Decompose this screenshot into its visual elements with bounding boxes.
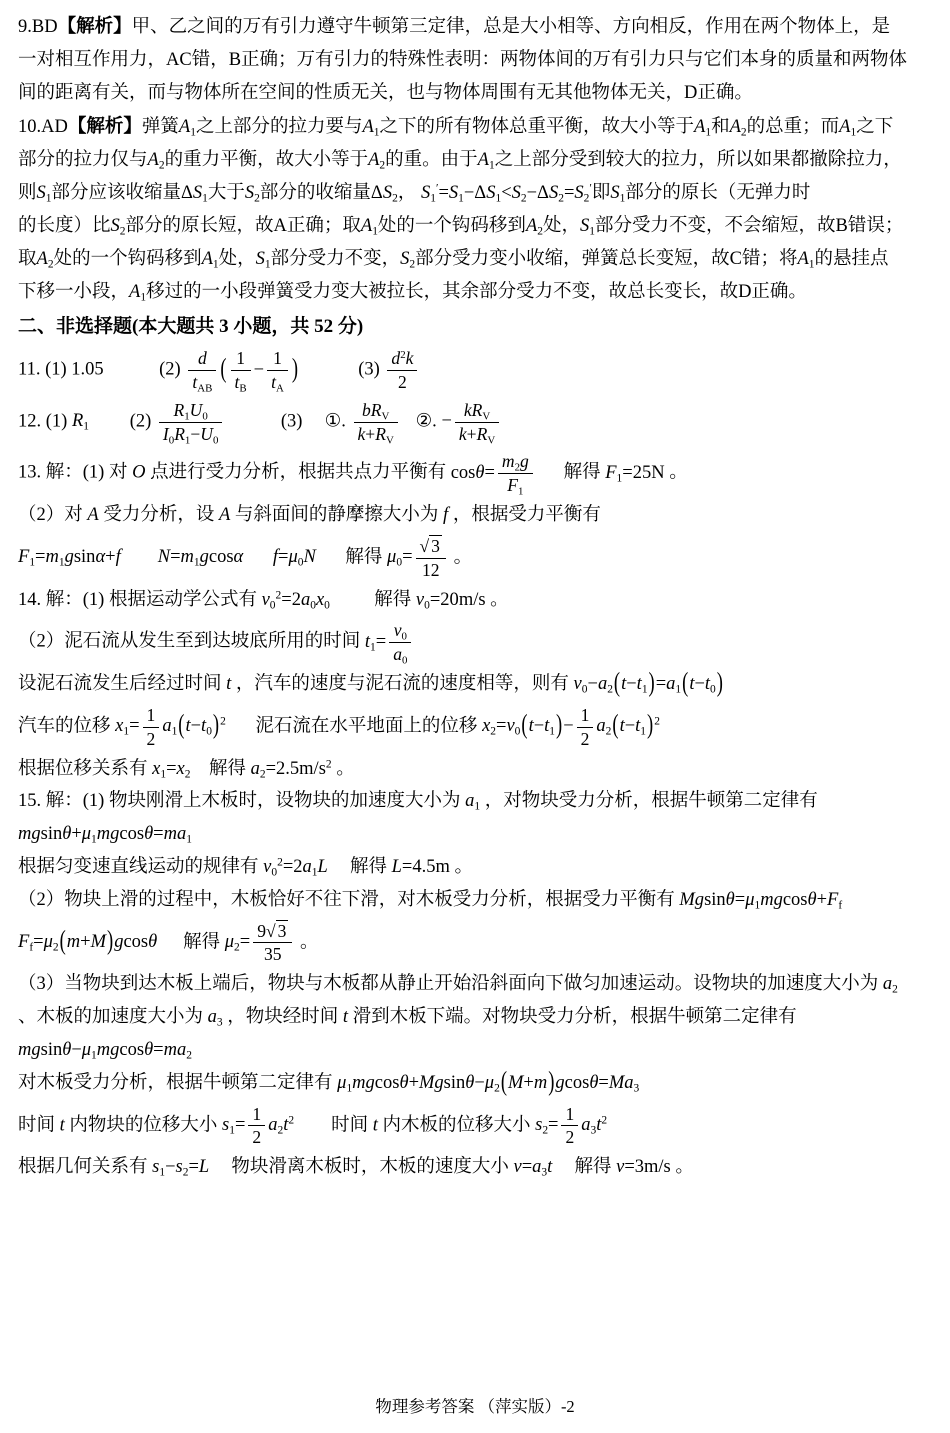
doc-line: 根据位移关系有 x1=x2解得 a2=2.5m/s2 。 xyxy=(18,754,930,786)
page-footer: 物理参考答案 （萍实版）-2 xyxy=(0,1393,950,1417)
text-run: 部分受力不变， xyxy=(271,249,401,269)
spacer xyxy=(104,374,160,375)
text-run: ①. xyxy=(325,411,351,431)
math-expression: μ1mgcosθ+Mgsinθ−μ2(M+m)gcosθ=Ma3 xyxy=(337,1073,639,1093)
text-run: 部分的收缩量 xyxy=(260,183,371,203)
math-expression: x1=12a1(t−t0)2 xyxy=(115,716,226,736)
spacer xyxy=(190,773,209,774)
text-run: 即 xyxy=(592,183,611,203)
math-expression: x1=x2 xyxy=(152,759,190,779)
doc-line: 15. 解：(1) 物块刚滑上木板时，设物块的加速度大小为 a1 ，对物块受力分… xyxy=(18,786,930,818)
math-expression: a2 xyxy=(883,974,898,994)
text-run: 13. 解：(1) 对 xyxy=(18,463,132,483)
text-run: 处， xyxy=(219,249,256,269)
text-run: 对木板受力分析，根据牛顿第二定律有 xyxy=(18,1073,337,1093)
text-run: 部分的原长短，故A正确；取 xyxy=(126,216,361,236)
doc-line: 下移一小段，A1移过的一小段弹簧受力变大被拉长，其余部分受力不变，故总长变长，故… xyxy=(18,277,930,309)
text-run: 甲、乙之间的万有引力遵守牛顿第三定律，总是大小相等、方向相反，作用在两个物体上，… xyxy=(132,17,891,37)
doc-line: Ff=μ2(m+M)gcosθ解得 μ2=9√335 。 xyxy=(18,918,930,969)
math-expression: x2=v0(t−t1)−12a2(t−t1)2 xyxy=(482,716,660,736)
math-expression: S1 xyxy=(610,183,625,203)
math-expression: A2 xyxy=(526,216,543,236)
text-run: 受力分析，设 xyxy=(99,505,219,525)
text-run: 14. 解：(1) 根据运动学公式有 xyxy=(18,590,262,610)
doc-line: F1=m1gsinα+fN=m1gcosαf=μ0N解得 μ0=√312 。 xyxy=(18,533,930,584)
text-run: 。 xyxy=(665,463,688,483)
math-expression: F1=m1gsinα+f xyxy=(18,547,121,567)
text-run: 大于 xyxy=(208,183,245,203)
spacer xyxy=(157,946,183,947)
math-expression: cosθ=m2gF1 xyxy=(451,463,536,483)
text-run: 的悬挂点 xyxy=(815,249,889,269)
spacer xyxy=(226,730,256,731)
text-run: 点进行受力分析，根据共点力平衡有 xyxy=(145,463,450,483)
math-expression: dtAB(1tB−1tA) xyxy=(185,360,299,380)
text-run: 之上部分受到较大的拉力，所以如果都撤除拉力， xyxy=(495,150,902,170)
math-expression: A2 xyxy=(730,117,747,137)
text-run: （2）物块上滑的过程中，木板恰好不往下滑，对木板受力分析，根据受力平衡有 xyxy=(18,890,679,910)
doc-line: 11. (1) 1.05(2) dtAB(1tB−1tA)(3) d2k2 xyxy=(18,345,930,396)
spacer xyxy=(328,871,350,872)
text-run: 与斜面间的静摩擦大小为 xyxy=(230,505,443,525)
text-run: 10.AD xyxy=(18,117,68,137)
text-run: 15. 解：(1) 物块刚滑上木板时，设物块的加速度大小为 xyxy=(18,791,465,811)
math-expression: S1 xyxy=(256,249,271,269)
math-expression: ΔS2 xyxy=(371,183,398,203)
text-run: (3) xyxy=(358,360,384,380)
text-run: 和 xyxy=(711,117,730,137)
text-run: 则 xyxy=(18,183,37,203)
math-expression: Ff=μ2(m+M)gcosθ xyxy=(18,932,157,952)
math-expression: v0=20m/s xyxy=(416,590,486,610)
text-run: 。 xyxy=(449,547,472,567)
math-expression: S1 xyxy=(580,216,595,236)
math-expression: A1 xyxy=(839,117,856,137)
text-run: 处的一个钩码移到 xyxy=(54,249,202,269)
math-expression: N=m1gcosα xyxy=(158,547,244,567)
spacer xyxy=(552,1171,574,1172)
math-expression: A1 xyxy=(202,249,219,269)
text-run: 的重。由于 xyxy=(385,150,478,170)
math-expression: v02=2a0x0 xyxy=(262,590,330,610)
math-expression: f=μ0N xyxy=(273,547,316,567)
page: { "page": {"background": "#ffffff", "tex… xyxy=(0,0,950,1433)
text-run: (本大题共 3 小题，共 52 分) xyxy=(132,316,363,337)
doc-line: （2）对 A 受力分析，设 A 与斜面间的静摩擦大小为 f ，根据受力平衡有 xyxy=(18,500,930,532)
math-expression: R1 xyxy=(72,411,89,431)
doc-line: 设泥石流发生后经过时间 t ，汽车的速度与泥石流的速度相等，则有 v0−a2(t… xyxy=(18,669,930,701)
section-heading: 二、非选择题(本大题共 3 小题，共 52 分) xyxy=(18,311,930,344)
text-run: 部分的拉力仅与 xyxy=(18,150,148,170)
doc-line: 12. (1) R1(2) R1U0I0R1−U0(3)①. bRVk+RV②.… xyxy=(18,397,930,448)
math-expression: O xyxy=(132,463,145,483)
doc-line: 部分的拉力仅与A2的重力平衡，故大小等于A2的重。由于A1之上部分受到较大的拉力… xyxy=(18,145,930,177)
math-expression: s1=12a2t2 xyxy=(222,1115,294,1135)
text-run: 。 xyxy=(671,1157,694,1177)
math-expression: A2 xyxy=(37,249,54,269)
text-run: 内木板的位移大小 xyxy=(378,1115,535,1135)
text-run: 解得 xyxy=(564,463,606,483)
math-expression: −kRVk+RV xyxy=(441,411,502,431)
bold-text: 【解析】 xyxy=(68,115,142,136)
doc-line: （2）物块上滑的过程中，木板恰好不往下滑，对木板受力分析，根据受力平衡有 Mgs… xyxy=(18,885,930,917)
text-run: ，物块经时间 xyxy=(223,1007,343,1027)
text-run: 根据位移关系有 xyxy=(18,759,152,779)
math-expression: R1U0I0R1−U0 xyxy=(156,411,226,431)
doc-line: （2）泥石流从发生至到达坡底所用的时间 t1=v0a0 xyxy=(18,617,930,668)
doc-line: mgsinθ+μ1mgcosθ=ma1 xyxy=(18,819,930,851)
math-expression: S1 xyxy=(37,183,52,203)
math-expression: mgsinθ+μ1mgcosθ=ma1 xyxy=(18,824,192,844)
math-expression: A1 xyxy=(129,282,146,302)
text-run: 泥石流在水平地面上的位移 xyxy=(255,716,482,736)
text-run: 9.BD xyxy=(18,17,58,37)
math-expression: A2 xyxy=(368,150,385,170)
spacer xyxy=(401,425,416,426)
spacer xyxy=(302,425,324,426)
text-run: 部分受力不变，不会缩短，故B错误； xyxy=(595,216,903,236)
math-expression: a1 xyxy=(465,791,480,811)
text-run: 内物块的位移大小 xyxy=(65,1115,222,1135)
math-expression: ΔS1 xyxy=(181,183,208,203)
math-expression: A1 xyxy=(797,249,814,269)
text-run: ，根据受力平衡有 xyxy=(448,505,601,525)
text-run: 解得 xyxy=(345,547,387,567)
spacer xyxy=(316,561,346,562)
text-run: 部分应该收缩量 xyxy=(52,183,182,203)
text-run: 、木板的加速度大小为 xyxy=(18,1007,208,1027)
math-expression: A1 xyxy=(361,216,378,236)
math-expression: mgsinθ−μ1mgcosθ=ma2 xyxy=(18,1040,192,1060)
doc-line: mgsinθ−μ1mgcosθ=ma2 xyxy=(18,1035,930,1067)
math-expression: v=3m/s xyxy=(616,1157,671,1177)
text-run: 之下的所有物体总重平衡，故大小等于 xyxy=(380,117,695,137)
math-expression: s1−s2=L xyxy=(152,1157,209,1177)
text-run: 解得 xyxy=(350,857,392,877)
text-run: (2) xyxy=(130,411,156,431)
math-expression: Mgsinθ=μ1mgcosθ+Ff xyxy=(679,890,842,910)
spacer xyxy=(299,374,358,375)
answer-document: 9.BD【解析】甲、乙之间的万有引力遵守牛顿第三定律，总是大小相等、方向相反，作… xyxy=(0,0,950,1184)
text-run: 时间 xyxy=(18,1115,60,1135)
text-run: ，汽车的速度与泥石流的速度相等，则有 xyxy=(231,674,573,694)
doc-line: 的长度）比S2部分的原长短，故A正确；取A1处的一个钩码移到A2处，S1部分受力… xyxy=(18,211,930,243)
text-run: 时间 xyxy=(331,1115,373,1135)
text-run: 处的一个钩码移到 xyxy=(378,216,526,236)
text-run: 的总重；而 xyxy=(747,117,840,137)
text-run: 。 xyxy=(450,857,473,877)
text-run: ， xyxy=(398,183,421,203)
doc-line: 、木板的加速度大小为 a3 ，物块经时间 t 滑到木板下端。对物块受力分析，根据… xyxy=(18,1002,930,1034)
bold-text: 【解析】 xyxy=(58,15,132,36)
text-run: ②. xyxy=(416,411,442,431)
doc-line: 时间 t 内物块的位移大小 s1=12a2t2时间 t 内木板的位移大小 s2=… xyxy=(18,1101,930,1152)
text-run: 。 xyxy=(332,759,355,779)
bold-text: 二、非选择题 xyxy=(18,316,132,337)
text-run: 解得 xyxy=(374,590,416,610)
text-run: 之下 xyxy=(856,117,893,137)
doc-line: 根据匀变速直线运动的规律有 v02=2a1L解得 L=4.5m 。 xyxy=(18,852,930,884)
math-expression: A1 xyxy=(362,117,379,137)
doc-line: 对木板受力分析，根据牛顿第二定律有 μ1mgcosθ+Mgsinθ−μ2(M+m… xyxy=(18,1068,930,1100)
text-run: 解得 xyxy=(183,932,225,952)
math-expression: A1 xyxy=(478,150,495,170)
math-expression: v02=2a1L xyxy=(263,857,328,877)
text-run: 之上部分的拉力要与 xyxy=(196,117,363,137)
math-expression: A2 xyxy=(148,150,165,170)
text-run: (3) xyxy=(281,411,303,431)
doc-line: 13. 解：(1) 对 O 点进行受力分析，根据共点力平衡有 cosθ=m2gF… xyxy=(18,448,930,499)
math-expression: A xyxy=(87,505,98,525)
doc-line: 则S1部分应该收缩量ΔS1大于S2部分的收缩量ΔS2， S1′=S1−ΔS1<S… xyxy=(18,178,930,210)
math-expression: a2=2.5m/s2 xyxy=(251,759,332,779)
text-run: 一对相互作用力，AC错，B正确；万有引力的特殊性表明：两物体间的万有引力只与它们… xyxy=(18,50,907,70)
text-run: 下移一小段， xyxy=(18,282,129,302)
doc-line: 14. 解：(1) 根据运动学公式有 v02=2a0x0解得 v0=20m/s … xyxy=(18,585,930,617)
text-run: 滑到木板下端。对物块受力分析，根据牛顿第二定律有 xyxy=(348,1007,797,1027)
doc-line: 根据几何关系有 s1−s2=L物块滑离木板时，木板的速度大小 v=a3t解得 v… xyxy=(18,1152,930,1184)
text-run: 间的距离有关，而与物体所在空间的性质无关，也与物体周围有无其他物体无关，D正确。 xyxy=(18,83,753,103)
text-run: 设泥石流发生后经过时间 xyxy=(18,674,226,694)
text-run: 部分的原长（无弹力时 xyxy=(625,183,810,203)
math-expression: A1 xyxy=(179,117,196,137)
math-expression: v=a3t xyxy=(514,1157,553,1177)
text-run: 汽车的位移 xyxy=(18,716,115,736)
math-expression: a3 xyxy=(208,1007,223,1027)
text-run: （2）对 xyxy=(18,505,87,525)
doc-line: 一对相互作用力，AC错，B正确；万有引力的特殊性表明：两物体间的万有引力只与它们… xyxy=(18,45,930,77)
spacer xyxy=(330,604,374,605)
text-run: 物块滑离木板时，木板的速度大小 xyxy=(231,1157,513,1177)
spacer xyxy=(536,477,564,478)
math-expression: A1 xyxy=(694,117,711,137)
text-run: （3）当物块到达木板上端后，物块与木板都从静止开始沿斜面向下做匀加速运动。设物块… xyxy=(18,974,883,994)
math-expression: bRVk+RV xyxy=(351,411,401,431)
text-run: 处， xyxy=(543,216,580,236)
text-run: （2）泥石流从发生至到达坡底所用的时间 xyxy=(18,632,365,652)
math-expression: μ2=9√335 xyxy=(225,932,296,952)
text-run: 部分受力变小收缩，弹簧总长变短，故C错；将 xyxy=(415,249,797,269)
math-expression: F1=25N xyxy=(605,463,664,483)
text-run: 弹簧 xyxy=(142,117,179,137)
text-run: 的长度）比 xyxy=(18,216,111,236)
text-run: 解得 xyxy=(209,759,251,779)
doc-line: 间的距离有关，而与物体所在空间的性质无关，也与物体周围有无其他物体无关，D正确。 xyxy=(18,78,930,110)
spacer xyxy=(121,561,158,562)
math-expression: d2k2 xyxy=(384,360,420,380)
doc-line: （3）当物块到达木板上端后，物块与木板都从静止开始沿斜面向下做匀加速运动。设物块… xyxy=(18,969,930,1001)
math-expression: A xyxy=(219,505,230,525)
math-expression: L=4.5m xyxy=(392,857,450,877)
math-expression: S2 xyxy=(245,183,260,203)
math-expression: t1=v0a0 xyxy=(365,632,415,652)
math-expression: S1′=S1−ΔS1<S2−ΔS2=S2′ xyxy=(421,183,592,203)
math-expression: s2=12a3t2 xyxy=(535,1115,607,1135)
spacer xyxy=(294,1129,331,1130)
text-run: 根据匀变速直线运动的规律有 xyxy=(18,857,263,877)
spacer xyxy=(209,1171,231,1172)
math-expression: S2 xyxy=(111,216,126,236)
doc-line: 9.BD【解析】甲、乙之间的万有引力遵守牛顿第三定律，总是大小相等、方向相反，作… xyxy=(18,10,930,44)
text-run: 解得 xyxy=(574,1157,616,1177)
spacer xyxy=(89,425,130,426)
spacer xyxy=(225,425,281,426)
text-run: 的重力平衡，故大小等于 xyxy=(165,150,369,170)
text-run: 取 xyxy=(18,249,37,269)
text-run: ，对物块受力分析，根据牛顿第二定律有 xyxy=(480,791,818,811)
doc-line: 取A2处的一个钩码移到A1处，S1部分受力不变，S2部分受力变小收缩，弹簧总长变… xyxy=(18,244,930,276)
doc-line: 汽车的位移 x1=12a1(t−t0)2泥石流在水平地面上的位移 x2=v0(t… xyxy=(18,702,930,753)
text-run: 根据几何关系有 xyxy=(18,1157,152,1177)
math-expression: v0−a2(t−t1)=a1(t−t0) xyxy=(574,674,724,694)
text-run: 12. (1) xyxy=(18,411,72,431)
text-run: 11. (1) 1.05 xyxy=(18,360,104,380)
text-run: 。 xyxy=(295,932,318,952)
math-expression: S2 xyxy=(400,249,415,269)
text-run: 移过的一小段弹簧受力变大被拉长，其余部分受力不变，故总长变长，故D正确。 xyxy=(146,282,807,302)
text-run: (2) xyxy=(159,360,185,380)
spacer xyxy=(243,561,273,562)
doc-line: 10.AD【解析】弹簧A1之上部分的拉力要与A1之下的所有物体总重平衡，故大小等… xyxy=(18,110,930,144)
math-expression: μ0=√312 xyxy=(387,547,449,567)
text-run: 。 xyxy=(486,590,509,610)
